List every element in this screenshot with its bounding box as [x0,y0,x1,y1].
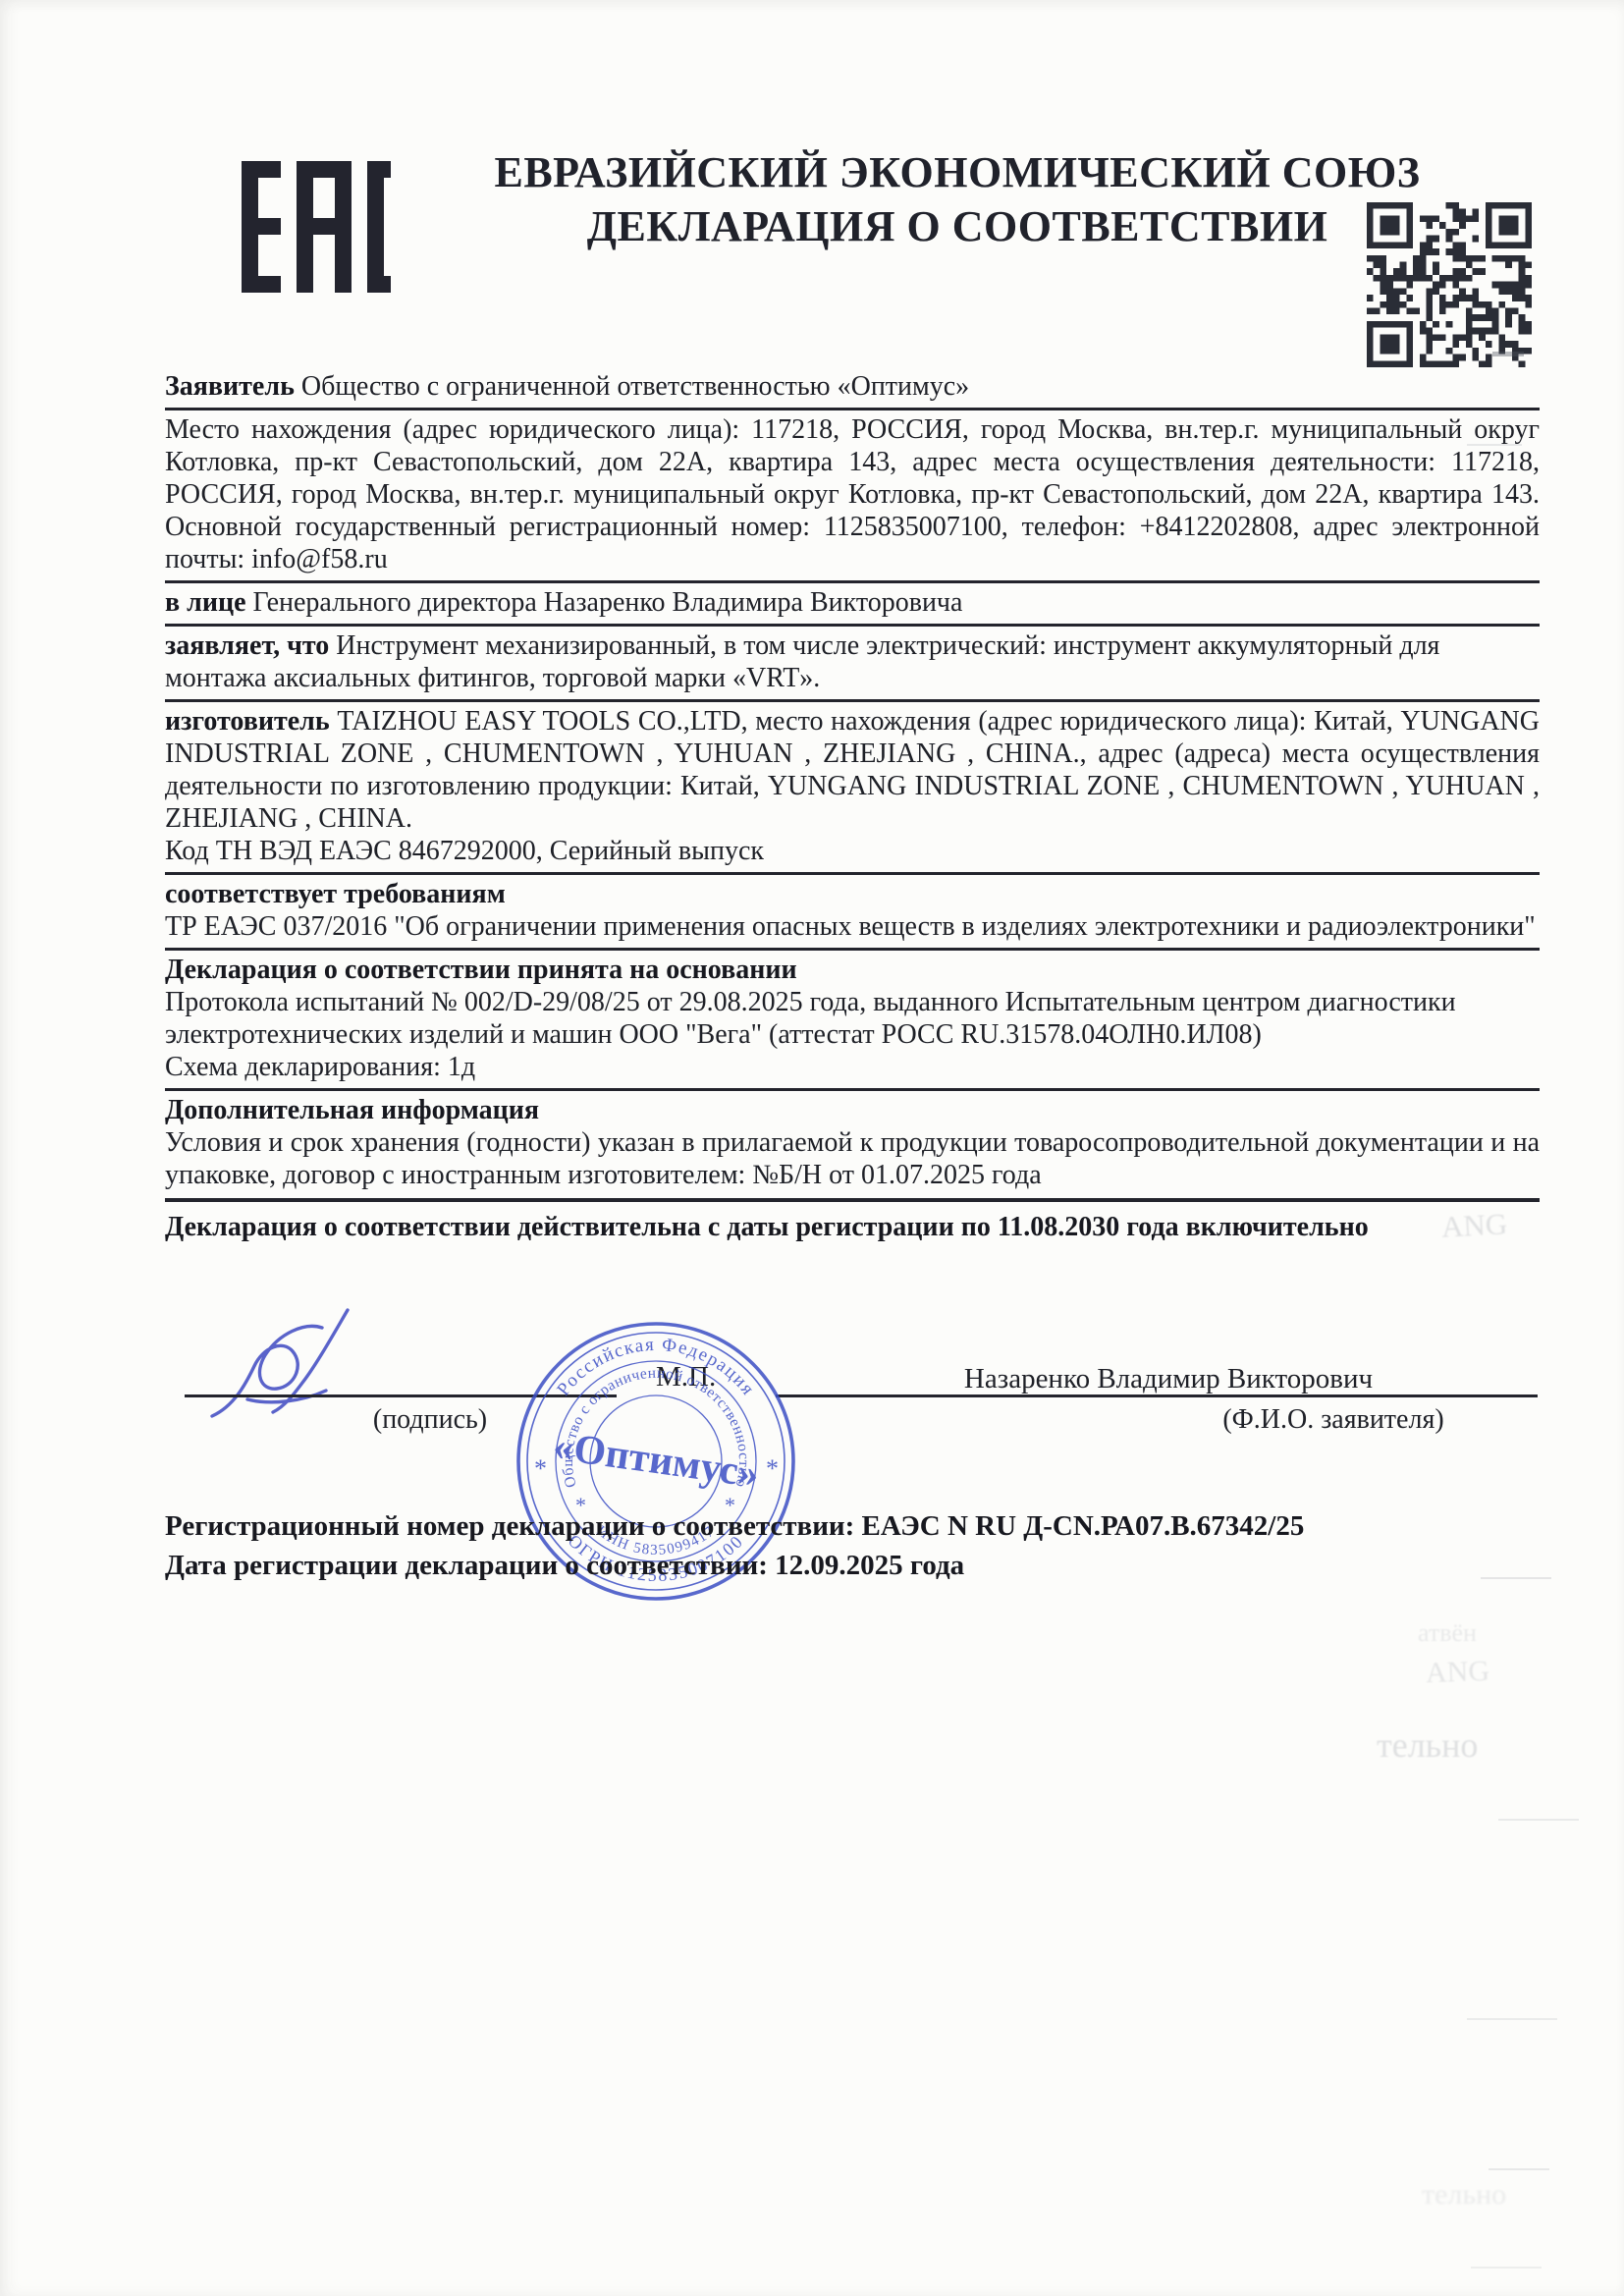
declaration-scheme-line: Схема декларирования: 1д [165,1051,1540,1083]
manufacturer-value: TAIZHOU EASY TOOLS CO.,LTD, место нахожд… [165,706,1540,834]
complies-heading: соответствует требованиям [165,878,1540,910]
registration-block: Регистрационный номер декларации о соотв… [165,1506,1540,1585]
section-address: Место нахождения (адрес юридического лиц… [165,410,1540,583]
stamp-star-left: * [534,1454,547,1483]
scan-ghost-text: тельно [1422,2178,1506,2212]
section-additional-info: Дополнительная информация Условия и срок… [165,1091,1540,1196]
basis-heading: Декларация о соответствии принята на осн… [165,954,1540,986]
section-complies: соответствует требованиям ТР ЕАЭС 037/20… [165,875,1540,951]
section-applicant: Заявитель Общество с ограниченной ответс… [165,367,1540,410]
name-line [776,1394,1538,1397]
qr-code [1367,202,1532,367]
additional-info-text: Условия и срок хранения (годности) указа… [165,1126,1540,1191]
document-title-line1: ЕВРАЗИЙСКИЙ ЭКОНОМИЧЕСКИЙ СОЮЗ [412,145,1502,199]
scan-artifact [1498,1819,1579,1821]
section-declares: заявляет, что Инструмент механизированны… [165,627,1540,702]
tnved-code-line: Код ТН ВЭД ЕАЭС 8467292000, Серийный вып… [165,835,1540,867]
registration-date-line: Дата регистрации декларации о соответств… [165,1546,1540,1585]
scan-artifact [1489,2168,1549,2170]
section-represented-by: в лице Генерального директора Назаренко … [165,583,1540,627]
represented-by-value: Генерального директора Назаренко Владими… [253,587,963,618]
stamp-center-text: «Оптимус» [551,1424,762,1498]
scan-artifact [1471,2267,1542,2269]
validity-statement: Декларация о соответствии действительна … [165,1198,1540,1243]
scan-ghost-text: атвён [1418,1618,1477,1648]
scan-ghost-text: ANG [1425,1655,1489,1690]
declaration-document-page: ЕВРАЗИЙСКИЙ ЭКОНОМИЧЕСКИЙ СОЮЗ ДЕКЛАРАЦИ… [0,0,1624,2296]
manufacturer-label: изготовитель [165,706,330,737]
section-manufacturer: изготовитель TAIZHOU EASY TOOLS CO.,LTD,… [165,702,1540,875]
declaration-body: Заявитель Общество с ограниченной ответс… [165,367,1540,1243]
registration-number-line: Регистрационный номер декларации о соотв… [165,1506,1540,1546]
complies-text: ТР ЕАЭС 037/2016 "Об ограничении примене… [165,910,1540,943]
applicant-value: Общество с ограниченной ответственностью… [301,371,969,402]
stamp-star-right: * [766,1454,779,1483]
signer-name: Назаренко Владимир Викторович [874,1363,1463,1395]
declares-value: Инструмент механизированный, в том числе… [165,630,1439,693]
name-caption: (Ф.И.О. заявителя) [1021,1404,1624,1436]
represented-by-label: в лице [165,587,246,618]
applicant-label: Заявитель [165,371,295,402]
declares-label: заявляет, что [165,630,329,661]
document-title: ЕВРАЗИЙСКИЙ ЭКОНОМИЧЕСКИЙ СОЮЗ ДЕКЛАРАЦИ… [412,145,1502,253]
address-text: Место нахождения (адрес юридического лиц… [165,413,1540,575]
additional-info-heading: Дополнительная информация [165,1094,1540,1126]
basis-text: Протокола испытаний № 002/D-29/08/25 от … [165,986,1540,1051]
section-basis: Декларация о соответствии принята на осн… [165,951,1540,1091]
scan-artifact [1467,2018,1557,2020]
eac-logo-icon [242,161,391,293]
document-title-line2: ДЕКЛАРАЦИЯ О СООТВЕТСТВИИ [412,199,1502,253]
scan-ghost-text: тельно [1377,1724,1478,1766]
